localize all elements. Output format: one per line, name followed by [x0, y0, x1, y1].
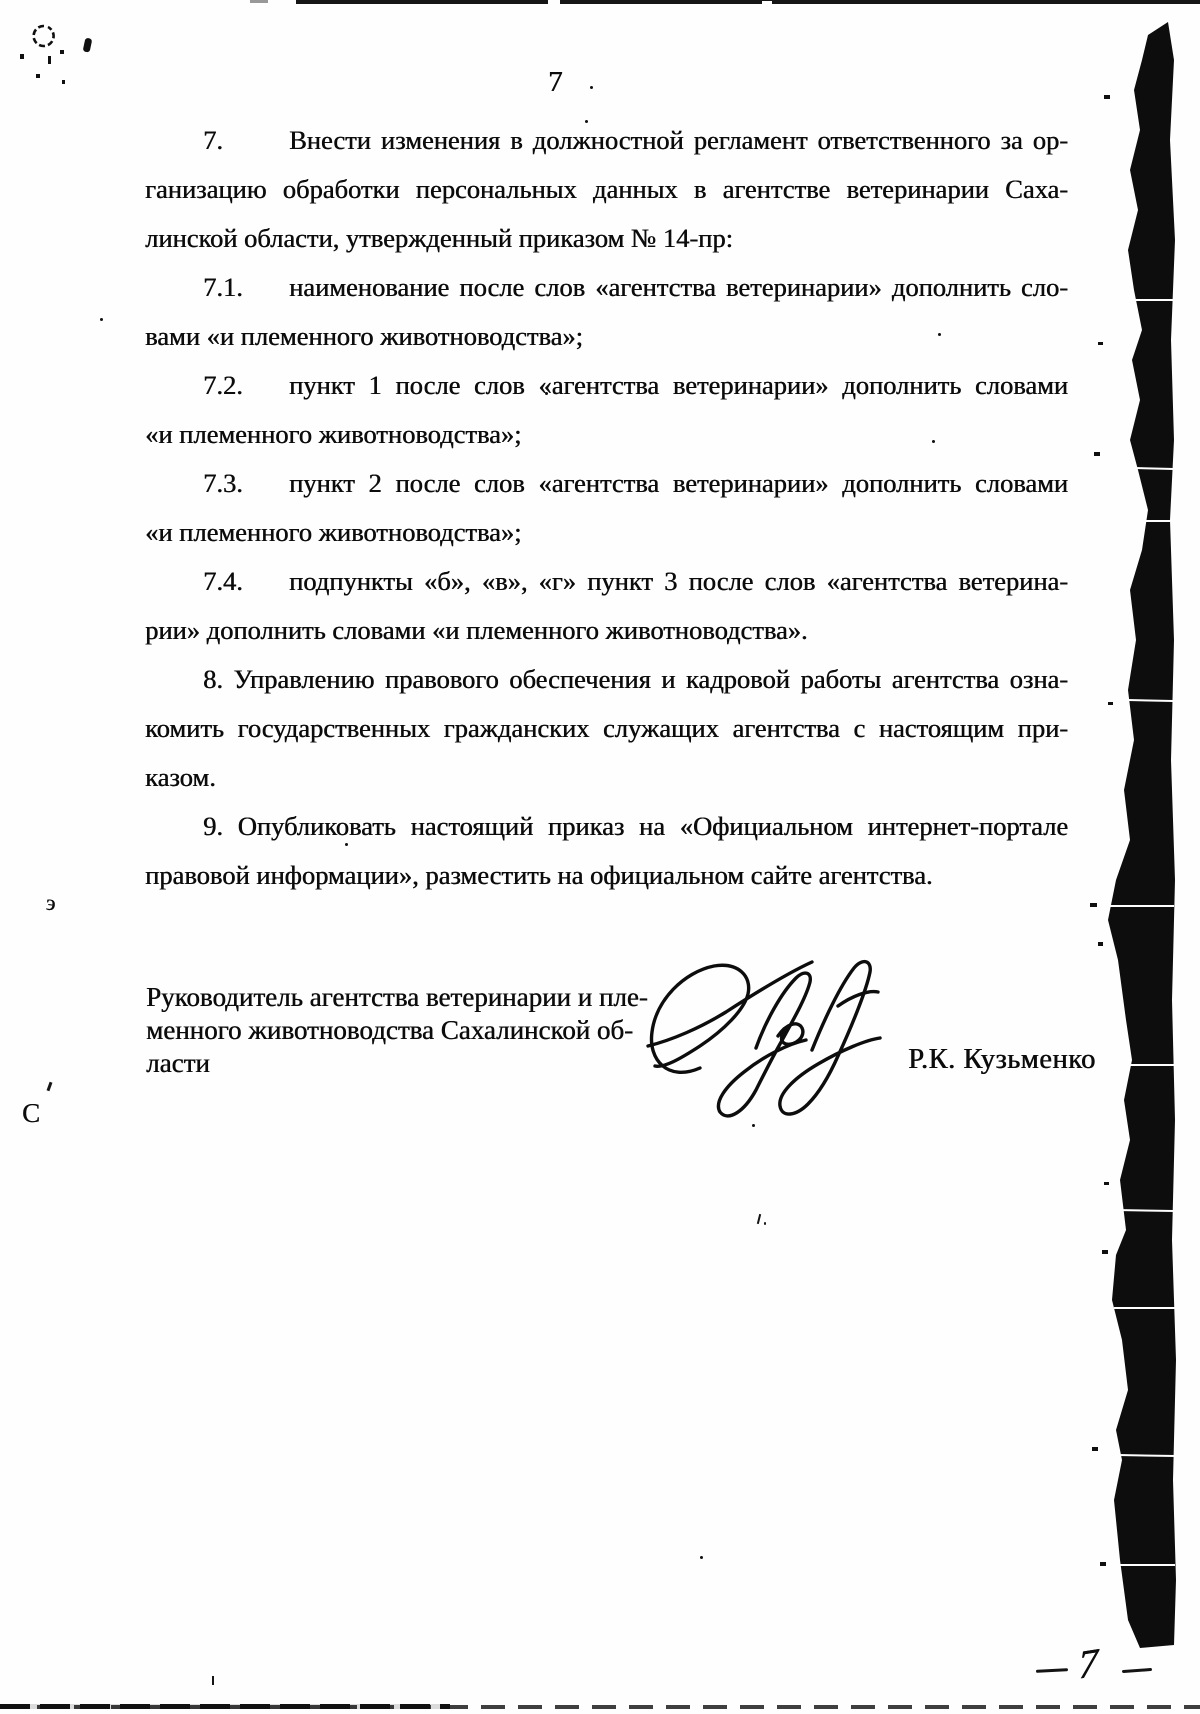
- paragraph-number: 7.4.: [203, 557, 289, 606]
- body-line: казом.: [145, 753, 1068, 802]
- ink-speck: [345, 843, 348, 846]
- ink-tick: [212, 1676, 214, 1685]
- paragraph-number: 7.2.: [203, 361, 289, 410]
- margin-tick: [47, 1082, 53, 1091]
- handwritten-signature: [635, 950, 905, 1135]
- scan-top-edge-gap: [762, 1, 772, 4]
- handwritten-page-number: 7: [1030, 1638, 1180, 1708]
- body-line: 7.Внести изменения в должностной регламе…: [145, 116, 1068, 165]
- scan-top-edge-fragment: [250, 0, 268, 3]
- body-line-text: «и племенного животноводства»;: [145, 517, 521, 547]
- body-line: линской области, утвержденный приказом №…: [145, 214, 1068, 263]
- body-line-text: ганизацию обработки персональных данных …: [145, 174, 1068, 204]
- body-line-text: «и племенного животноводства»;: [145, 419, 521, 449]
- body-line: комить государственных гражданских служа…: [145, 704, 1068, 753]
- signatory-title-line: ласти: [146, 1047, 706, 1080]
- document-body: 7.Внести изменения в должностной регламе…: [145, 116, 1068, 900]
- body-line: ганизацию обработки персональных данных …: [145, 165, 1068, 214]
- handwritten-dash: [1122, 1668, 1152, 1673]
- ink-speck: [585, 120, 588, 123]
- signatory-title: Руководитель агентства ветеринарии и пле…: [146, 981, 706, 1080]
- ink-speck: [100, 318, 103, 321]
- page-number: 7: [548, 66, 563, 99]
- body-line: 7.2.пункт 1 после слов «агентства ветери…: [145, 361, 1068, 410]
- ink-speck: [932, 440, 935, 443]
- ink-speck: [700, 1556, 703, 1559]
- margin-mark-e: э: [45, 890, 57, 917]
- body-line: 7.4.подпункты «б», «в», «г» пункт 3 посл…: [145, 557, 1068, 606]
- body-line-text: 9. Опубликовать настоящий приказ на «Офи…: [203, 811, 1068, 841]
- paragraph-number: 7.: [203, 116, 289, 165]
- scan-top-edge-gap: [548, 0, 560, 4]
- body-line-text: рии» дополнить словами «и племенного жив…: [145, 615, 808, 645]
- body-line-text: правовой информации», разместить на офиц…: [145, 860, 932, 890]
- signatory-title-line: Руководитель агентства ветеринарии и пле…: [146, 981, 706, 1014]
- ink-speck: [764, 1222, 766, 1225]
- body-line-text: пункт 1 после слов «агентства ветеринари…: [289, 370, 1068, 400]
- body-line-text: 8. Управлению правового обеспечения и ка…: [203, 664, 1068, 694]
- scan-top-edge-line: [296, 0, 1200, 4]
- body-line-text: наименование после слов «агентства ветер…: [289, 272, 1068, 302]
- ink-tick: [757, 1214, 761, 1224]
- body-line-text: подпункты «б», «в», «г» пункт 3 после сл…: [289, 566, 1068, 596]
- body-line: правовой информации», разместить на офиц…: [145, 851, 1068, 900]
- signatory-title-line: менного животноводства Сахалинской об-: [146, 1014, 706, 1047]
- signatory-name: Р.К. Кузьменко: [908, 1044, 1096, 1076]
- ink-speck: [590, 86, 593, 89]
- body-line-text: вами «и племенного животноводства»;: [145, 321, 583, 351]
- body-line-text: комить государственных гражданских служа…: [145, 713, 1068, 743]
- scan-bottom-edge-left: [0, 1704, 450, 1709]
- body-line: 7.1.наименование после слов «агентства в…: [145, 263, 1068, 312]
- paragraph-number: 7.3.: [203, 459, 289, 508]
- ink-speck: [545, 392, 548, 395]
- body-line: 7.3.пункт 2 после слов «агентства ветери…: [145, 459, 1068, 508]
- body-line-text: Внести изменения в должностной регламент…: [289, 125, 1068, 155]
- body-line: 8. Управлению правового обеспечения и ка…: [145, 655, 1068, 704]
- body-line-text: линской области, утвержденный приказом №…: [145, 223, 733, 253]
- body-line-text: казом.: [145, 762, 216, 792]
- paragraph-number: 7.1.: [203, 263, 289, 312]
- scan-right-binding-band: [1085, 0, 1200, 1714]
- handwritten-dash: [1036, 1668, 1068, 1673]
- margin-mark-c: С: [22, 1098, 40, 1129]
- body-line-text: пункт 2 после слов «агентства ветеринари…: [289, 468, 1068, 498]
- body-line: вами «и племенного животноводства»;: [145, 312, 1068, 361]
- body-line: «и племенного животноводства»;: [145, 508, 1068, 557]
- body-line: рии» дополнить словами «и племенного жив…: [145, 606, 1068, 655]
- ink-speck: [752, 1124, 755, 1127]
- ink-speck: [938, 333, 941, 336]
- body-line: 9. Опубликовать настоящий приказ на «Офи…: [145, 802, 1068, 851]
- body-line: «и племенного животноводства»;: [145, 410, 1068, 459]
- handwritten-digit: 7: [1078, 1638, 1099, 1689]
- scanned-document-page: 7 7.Внести изменения в должностной регла…: [0, 0, 1200, 1714]
- ink-ring-mark: [18, 14, 108, 94]
